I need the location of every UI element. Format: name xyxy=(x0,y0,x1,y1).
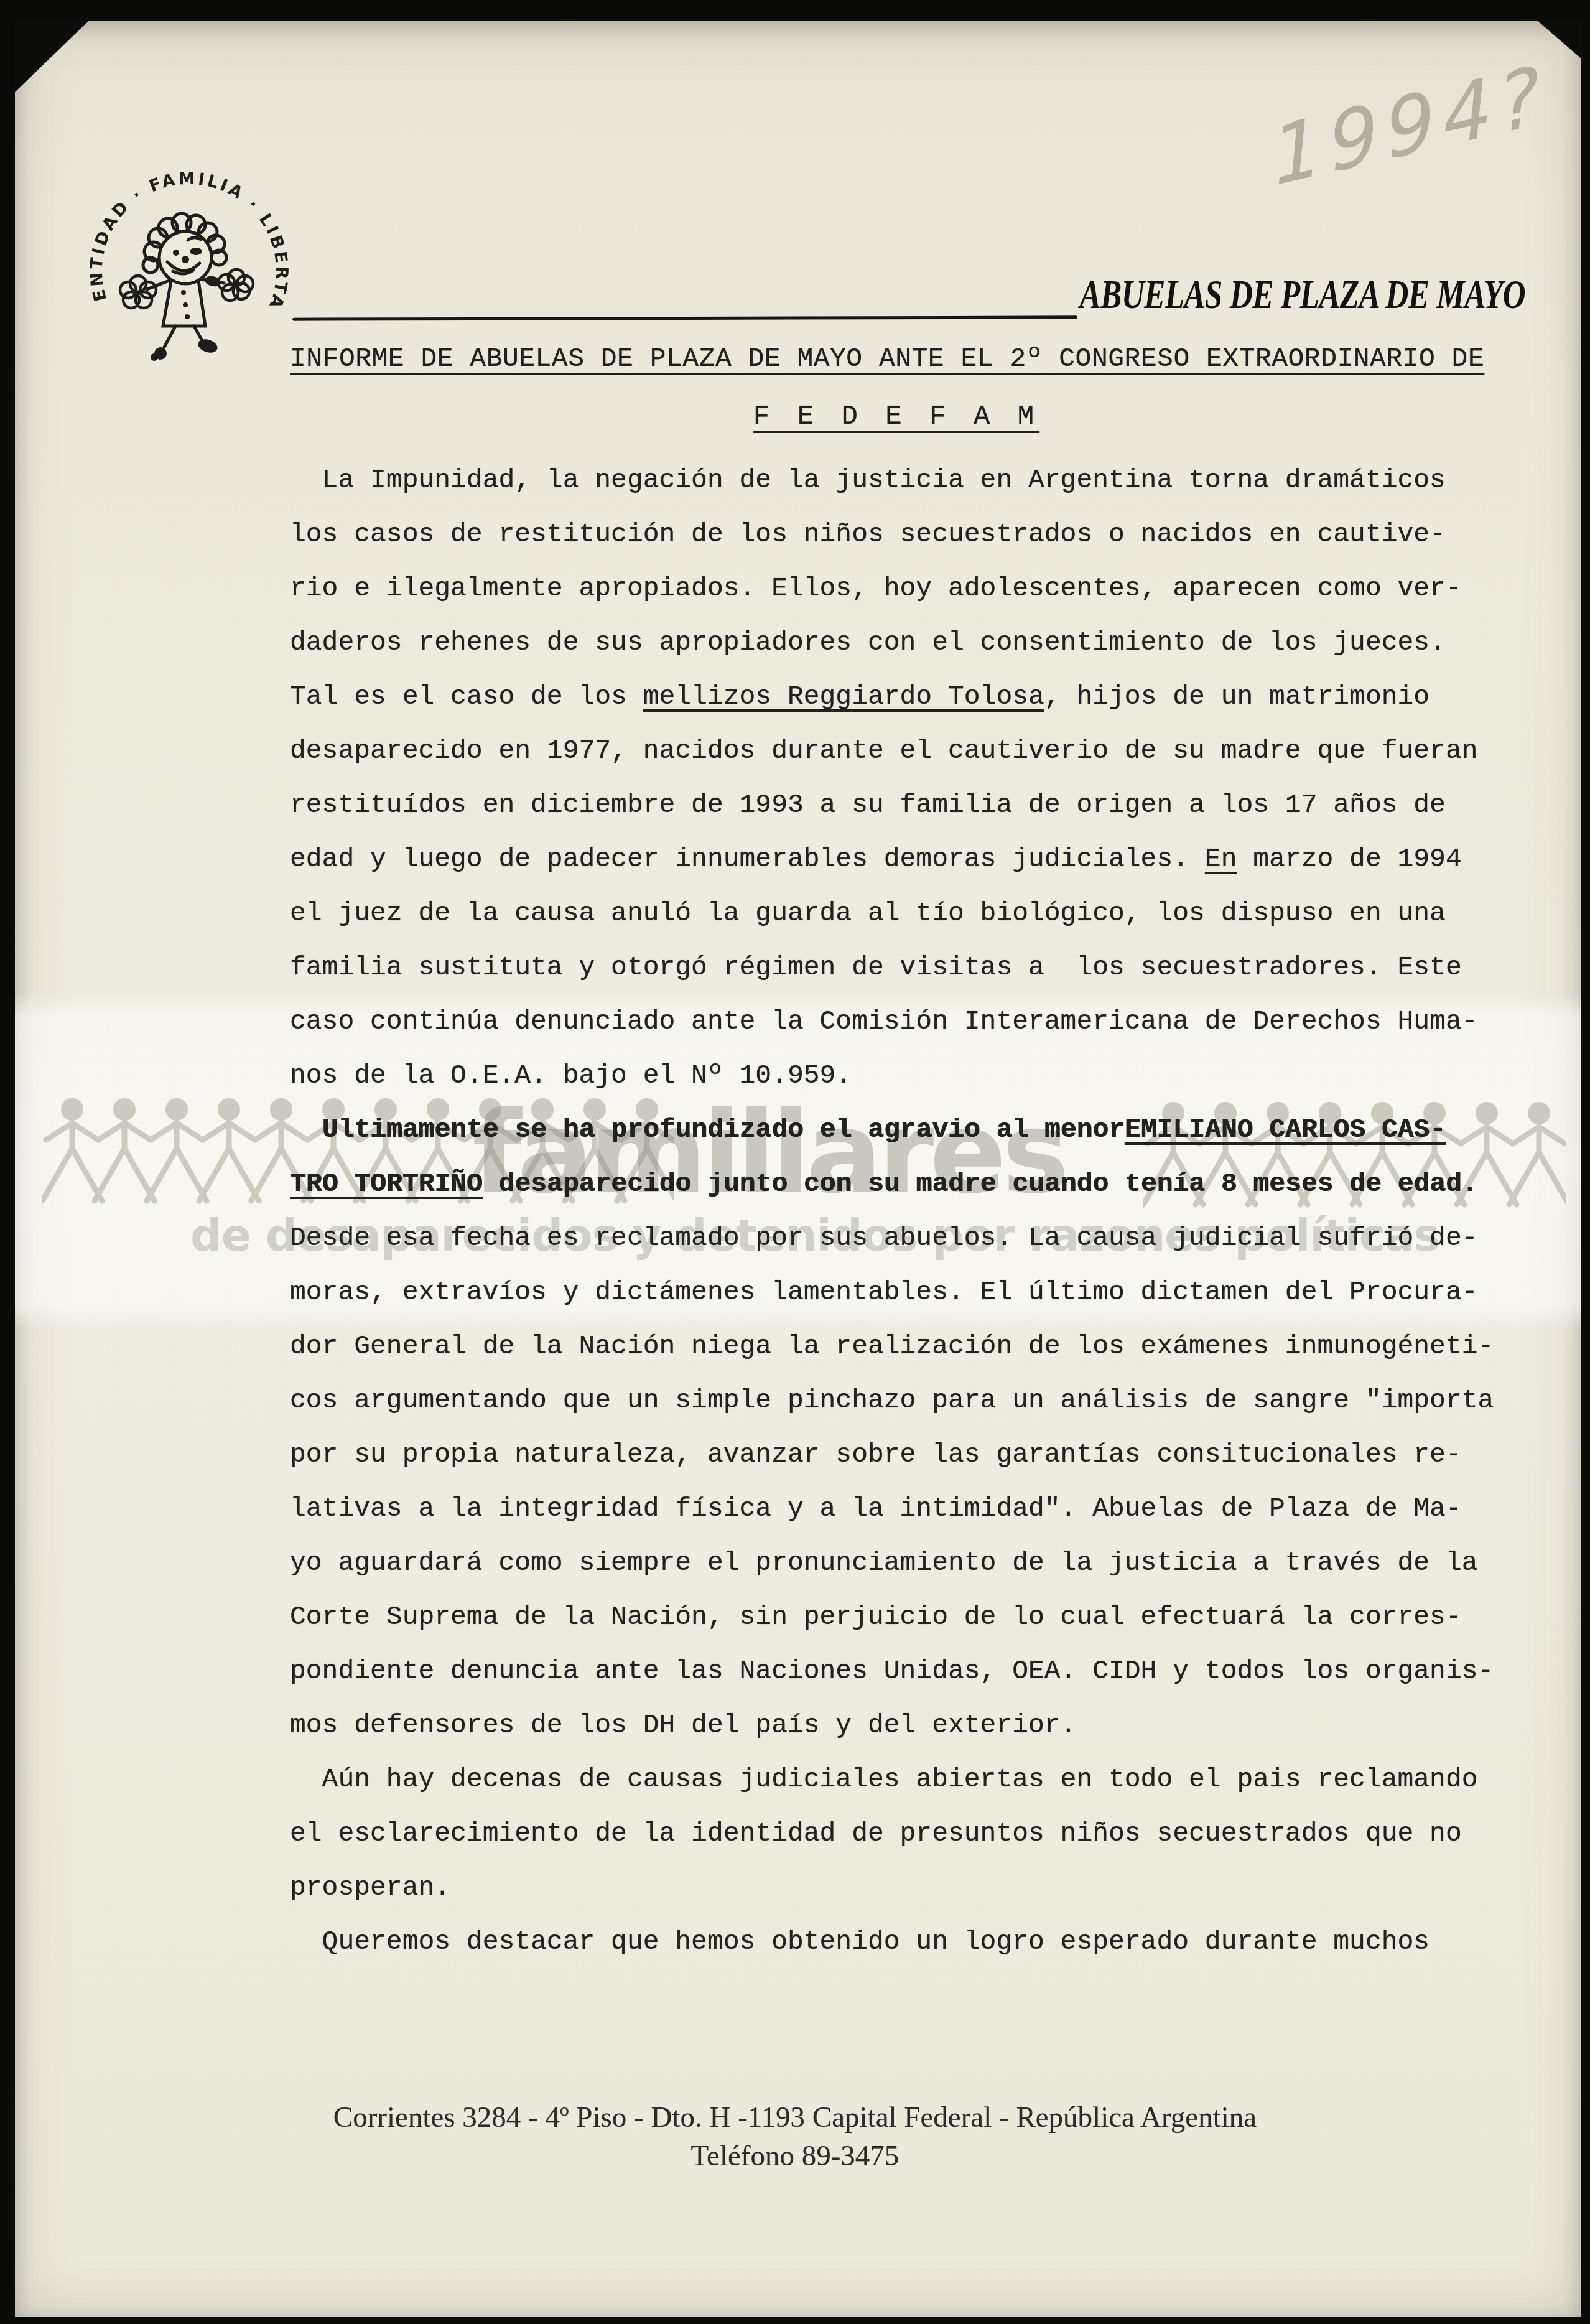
body-line: cos argumentando que un simple pinchazo … xyxy=(290,1373,1494,1427)
paper-doll-figure xyxy=(1509,1102,1566,1205)
body-line: La Impunidad, la negación de la justicia… xyxy=(290,453,1494,507)
body-line: familia sustituta y otorgó régimen de vi… xyxy=(290,940,1494,994)
body-line: yo aguardará como siempre el pronunciami… xyxy=(290,1536,1494,1590)
body-line: Desde esa fecha es reclamado por sus abu… xyxy=(290,1211,1494,1265)
body-line: Aún hay decenas de causas judiciales abi… xyxy=(290,1752,1494,1806)
footer: Corrientes 3284 - 4º Piso - Dto. H -1193… xyxy=(0,2098,1590,2175)
paper-doll-figure xyxy=(147,1098,207,1201)
org-name: ABUELAS DE PLAZA DE MAYO xyxy=(1034,271,1525,319)
body-line: el esclarecimiento de la identidad de pr… xyxy=(290,1806,1494,1860)
body-line: caso continúa denunciado ante la Comisió… xyxy=(290,994,1494,1048)
body-line: desaparecido en 1977, nacidos durante el… xyxy=(290,724,1494,778)
org-logo: IDENTIDAD · FAMILIA · LIBERTAD xyxy=(70,153,306,396)
body-line: Corte Suprema de la Nación, sin perjuici… xyxy=(290,1590,1494,1644)
footer-phone: Teléfono 89-3475 xyxy=(0,2137,1590,2175)
body-line: mos defensores de los DH del país y del … xyxy=(290,1698,1494,1752)
body-line: moras, extravíos y dictámenes lamentable… xyxy=(290,1265,1494,1319)
body-line: TRO TORTRIÑO desaparecido junto con su m… xyxy=(290,1157,1494,1211)
body-line: dor General de la Nación niega la realiz… xyxy=(290,1319,1494,1373)
body-line: Queremos destacar que hemos obtenido un … xyxy=(290,1915,1494,1969)
body-line: Tal es el caso de los mellizos Reggiardo… xyxy=(290,670,1494,724)
body-line: restituídos en diciembre de 1993 a su fa… xyxy=(290,778,1494,832)
body-line: Ultimamente se ha profundizado el agravi… xyxy=(290,1103,1494,1157)
body-line: por su propia naturaleza, avanzar sobre … xyxy=(290,1427,1494,1482)
body-text: La Impunidad, la negación de la justicia… xyxy=(290,453,1494,1969)
body-line: nos de la O.E.A. bajo el Nº 10.959. xyxy=(290,1048,1494,1103)
doc-title: INFORME DE ABUELAS DE PLAZA DE MAYO ANTE… xyxy=(290,343,1484,374)
paper-doll-figure xyxy=(199,1098,259,1201)
body-line: rio e ilegalmente apropiados. Ellos, hoy… xyxy=(290,561,1494,615)
body-line: pondiente denuncia ante las Naciones Uni… xyxy=(290,1644,1494,1698)
body-line: edad y luego de padecer innumerables dem… xyxy=(290,832,1494,886)
body-line: el juez de la causa anuló la guarda al t… xyxy=(290,886,1494,940)
body-line: lativas a la integridad física y a la in… xyxy=(290,1482,1494,1536)
body-line: daderos rehenes de sus apropiadores con … xyxy=(290,615,1494,670)
logo-child-icon xyxy=(120,213,253,361)
paper-doll-figure xyxy=(42,1098,102,1201)
body-line: prosperan. xyxy=(290,1860,1494,1915)
body-line: los casos de restitución de los niños se… xyxy=(290,507,1494,561)
scanned-document: IDENTIDAD · FAMILIA · LIBERTAD xyxy=(0,0,1590,2324)
paper-doll-figure xyxy=(95,1098,154,1201)
doc-subtitle: F E D E F A M xyxy=(290,401,1503,432)
footer-address: Corrientes 3284 - 4º Piso - Dto. H -1193… xyxy=(0,2098,1590,2137)
